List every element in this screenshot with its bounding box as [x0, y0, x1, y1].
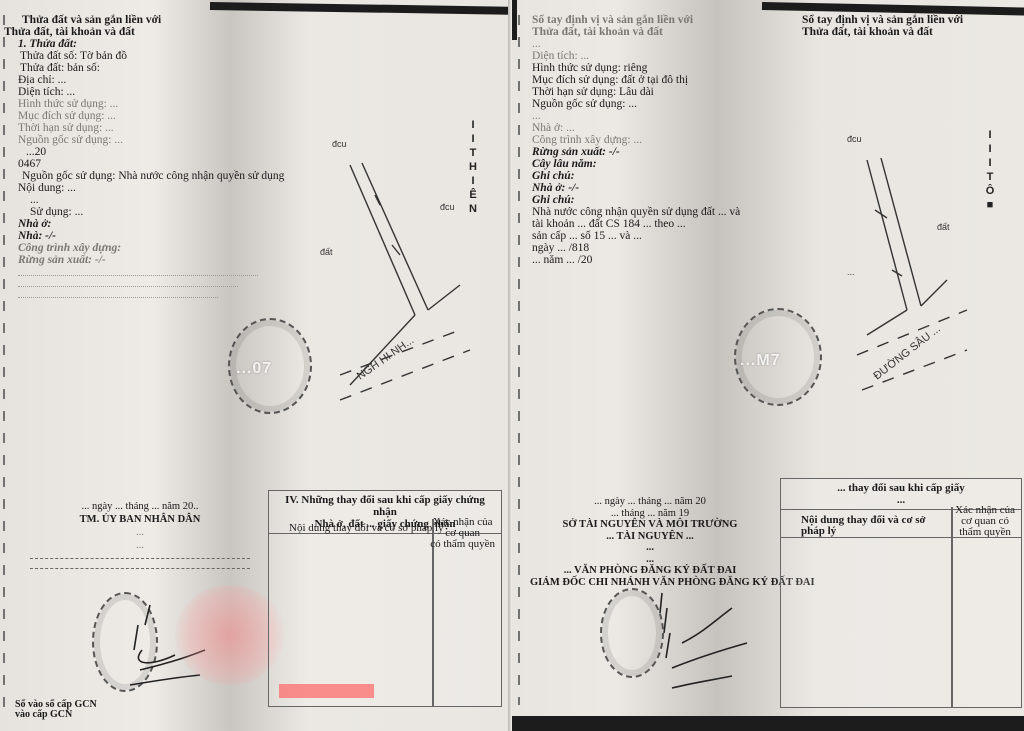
left-legal-note — [18, 265, 258, 298]
certificate-spread: Thửa đất và sản gắn liền với Thửa đất, t… — [0, 0, 1024, 731]
table-col-header: Nội dung thay đổi và cơ sở pháp lý — [289, 523, 444, 534]
text-line: Thửa đất: bản số: — [18, 62, 284, 74]
right-page: Sổ tay định vị và sản gắn liền với Thửa … — [512, 0, 1024, 731]
text-line: Hình thức sử dụng: ... — [18, 98, 284, 110]
svg-text:đcu: đcu — [847, 134, 862, 144]
text-line: Địa chỉ: ... — [18, 74, 284, 86]
svg-text:đất: đất — [937, 222, 950, 232]
margin-rule — [518, 15, 520, 705]
svg-text:...: ... — [847, 267, 855, 277]
text-line: Nội dung: ... — [18, 182, 284, 194]
right-amendments-table: ... thay đổi sau khi cấp giấy ... Nội du… — [780, 478, 1022, 708]
text-line: ...20 — [18, 146, 284, 158]
red-stamp-strip — [279, 684, 374, 698]
table-col-header: Nội dung thay đổi và cơ sở pháp lý — [801, 515, 926, 537]
left-parcel-diagram: đcu đcu đất NGH HI NH... — [320, 135, 480, 415]
text-line: Thời hạn sử dụng: ... — [18, 122, 284, 134]
right-top-title: Sổ tay định vị và sản gắn liền với Thửa … — [802, 14, 963, 38]
page-edge-shadow — [210, 2, 512, 15]
text-line: Nguồn gốc sử dụng: ... — [18, 134, 284, 146]
text-line: Diện tích: ... — [18, 86, 284, 98]
svg-text:đcu: đcu — [332, 139, 347, 149]
text-line: ... — [18, 194, 284, 206]
left-page: Thửa đất và sản gắn liền với Thửa đất, t… — [0, 0, 512, 731]
text-line: Công trình xây dựng: — [18, 242, 284, 254]
svg-text:đcu: đcu — [440, 202, 455, 212]
text-line: Thửa đất và sản gắn liền với — [18, 14, 284, 26]
table-col-header: Xác nhận của cơ quan có thẩm quyền — [430, 517, 495, 550]
right-signature-block: ... ngày ... tháng ... năm 20 ... tháng … — [530, 496, 770, 588]
margin-rule — [3, 15, 5, 715]
watermark: ...07 — [236, 360, 272, 378]
text-line: Thửa đất số: Tờ bản đồ — [18, 50, 284, 62]
registry-number-label: Số vào sổ cấp GCN vào cấp GCN — [15, 700, 97, 720]
svg-text:đất: đất — [320, 247, 333, 257]
text-line: Nhà: -/- — [18, 230, 284, 242]
svg-text:NGH HI NH...: NGH HI NH... — [355, 334, 416, 382]
watermark: ...M7 — [740, 352, 781, 370]
page-bottom-shadow — [512, 716, 1024, 731]
text-line: 0467 — [18, 158, 284, 170]
right-header-text: Sổ tay định vị và sản gắn liền với Thửa … — [532, 14, 740, 266]
text-line: Sử dụng: ... — [18, 206, 284, 218]
text-line: Nguồn gốc sử dụng: Nhà nước công nhận qu… — [18, 170, 284, 182]
left-signature-block: ... ngày ... tháng ... năm 20.. TM. ỦY B… — [20, 500, 260, 552]
left-amendments-table: IV. Những thay đổi sau khi cấp giấy chứn… — [268, 490, 502, 707]
text-line: 1. Thửa đất: — [18, 38, 284, 50]
text-line: Nhà ở: — [18, 218, 284, 230]
text-line: Mục đích sử dụng: ... — [18, 110, 284, 122]
signature — [652, 588, 752, 698]
table-col-header: Xác nhận của cơ quan có thẩm quyền — [955, 505, 1015, 538]
text-line: Thửa đất, tài khoản và đất — [4, 26, 284, 38]
left-header-text: Thửa đất và sản gắn liền với Thửa đất, t… — [18, 14, 284, 266]
right-parcel-diagram: đcu đất ... ĐƯỜNG SÂU ... — [847, 130, 1007, 410]
